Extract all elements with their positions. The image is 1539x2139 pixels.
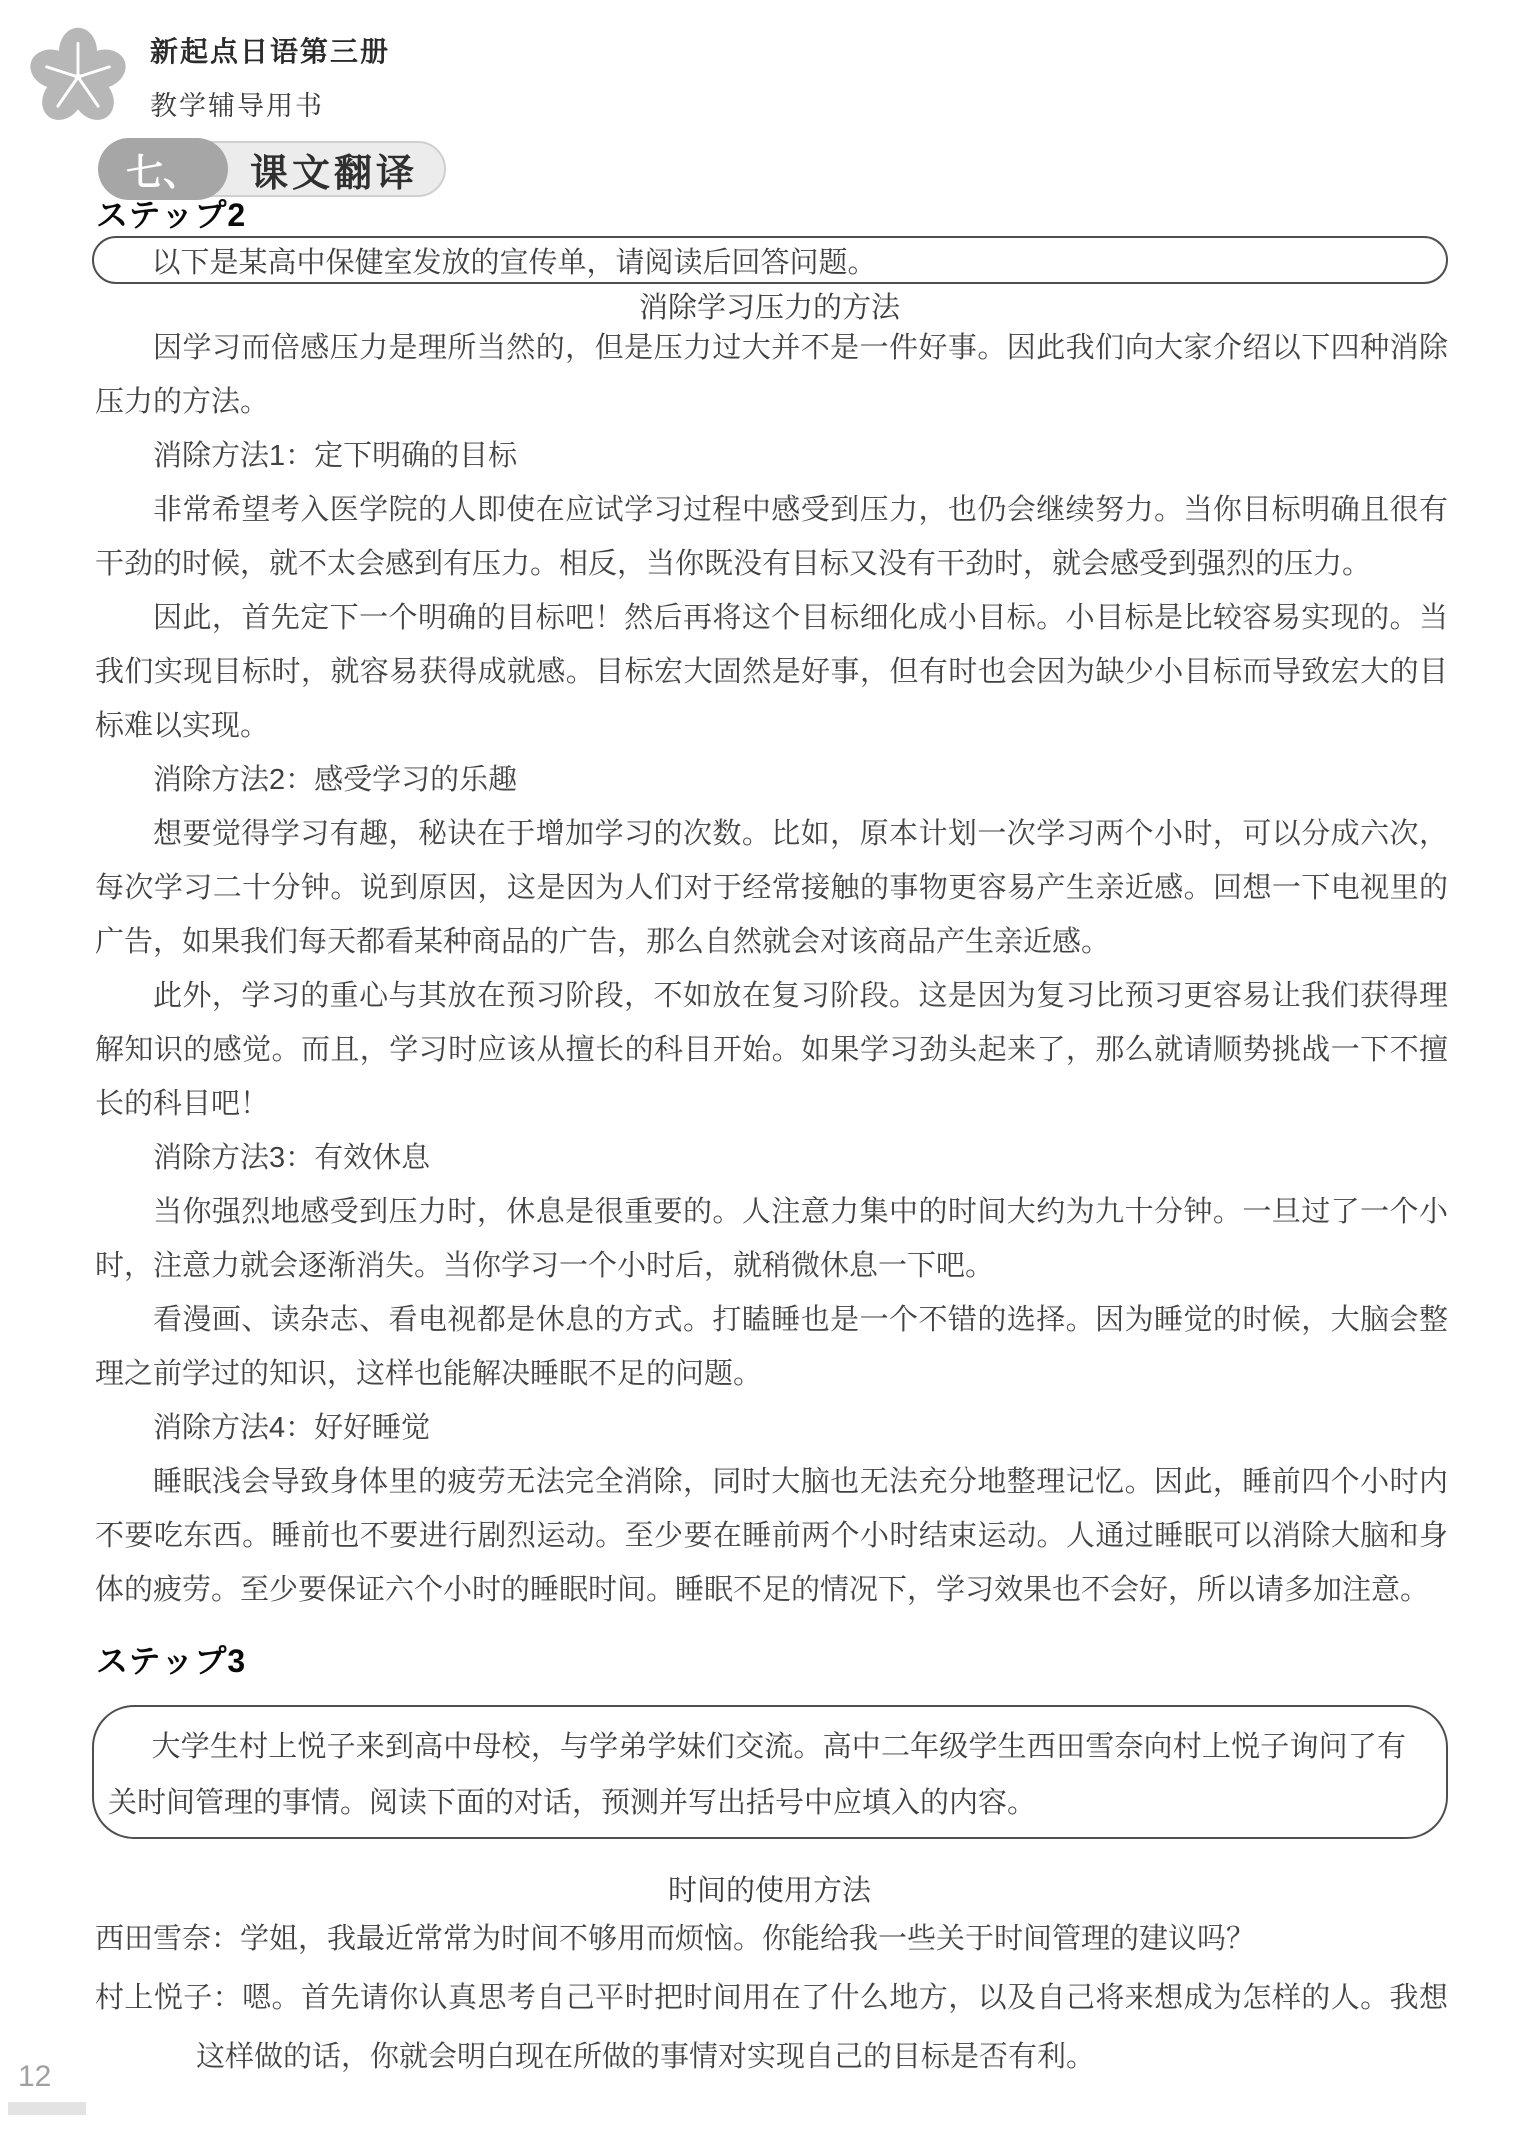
flower-logo-icon (22, 20, 134, 134)
book-header-text: 新起点日语第三册 教学辅导用书 (150, 20, 390, 123)
article-paragraph: 非常希望考入医学院的人即使在应试学习过程中感受到压力，也仍会继续努力。当你目标明… (95, 483, 1448, 591)
speaker-name: 西田雪奈： (95, 1923, 240, 1955)
article-paragraph: 消除方法1：定下明确的目标 (95, 429, 1448, 483)
article-paragraph: 消除方法2：感受学习的乐趣 (95, 753, 1448, 807)
speech-text: 嗯。首先请你认真思考自己平时把时间用在了什么地方，以及自己将来想成为怎样的人。我… (196, 1982, 1448, 2073)
article-paragraph: 睡眠浅会导致身体里的疲劳无法完全消除，同时大脑也无法充分地整理记忆。因此，睡前四… (95, 1455, 1448, 1617)
step2-instruction-text: 以下是某高中保健室发放的宣传单，请阅读后回答问题。 (94, 240, 907, 281)
book-title: 新起点日语第三册 (150, 30, 390, 70)
article-paragraph: 消除方法3：有效休息 (95, 1131, 1448, 1185)
article-paragraph: 看漫画、读杂志、看电视都是休息的方式。打瞌睡也是一个不错的选择。因为睡觉的时候，… (95, 1293, 1448, 1401)
article1-body: 因学习而倍感压力是理所当然的，但是压力过大并不是一件好事。因此我们向大家介绍以下… (95, 321, 1448, 1617)
dialogue: 西田雪奈：学姐，我最近常常为时间不够用而烦恼。你能给我一些关于时间管理的建议吗？… (95, 1910, 1448, 2087)
article-paragraph: 消除方法4：好好睡觉 (95, 1401, 1448, 1455)
article-paragraph: 想要觉得学习有趣，秘诀在于增加学习的次数。比如，原本计划一次学习两个小时，可以分… (95, 807, 1448, 969)
dialogue-line: 村上悦子：嗯。首先请你认真思考自己平时把时间用在了什么地方，以及自己将来想成为怎… (95, 1969, 1448, 2087)
step3-heading: ステップ3 (96, 1636, 246, 1682)
page-number: 12 (18, 2060, 51, 2094)
article1-title: 消除学习压力的方法 (93, 285, 1446, 326)
dialogue-line: 西田雪奈：学姐，我最近常常为时间不够用而烦恼。你能给我一些关于时间管理的建议吗？ (95, 1910, 1448, 1969)
article2-title: 时间的使用方法 (93, 1868, 1446, 1909)
article-paragraph: 因学习而倍感压力是理所当然的，但是压力过大并不是一件好事。因此我们向大家介绍以下… (95, 321, 1448, 429)
step2-instruction-box: 以下是某高中保健室发放的宣传单，请阅读后回答问题。 (92, 236, 1448, 284)
step3-instruction-text: 大学生村上悦子来到高中母校，与学弟学妹们交流。高中二年级学生西田雪奈向村上悦子询… (108, 1719, 1406, 1831)
book-subtitle: 教学辅导用书 (150, 84, 390, 123)
step3-instruction-box: 大学生村上悦子来到高中母校，与学弟学妹们交流。高中二年级学生西田雪奈向村上悦子询… (92, 1705, 1448, 1839)
speech-text: 学姐，我最近常常为时间不够用而烦恼。你能给我一些关于时间管理的建议吗？ (240, 1923, 1255, 1955)
page-number-bar (8, 2102, 86, 2115)
article-paragraph: 此外，学习的重心与其放在预习阶段，不如放在复习阶段。这是因为复习比预习更容易让我… (95, 969, 1448, 1131)
book-header: 新起点日语第三册 教学辅导用书 (22, 20, 390, 134)
speaker-name: 村上悦子： (95, 1982, 242, 2014)
step2-heading: ステップ2 (96, 190, 246, 236)
article-paragraph: 当你强烈地感受到压力时，休息是很重要的。人注意力集中的时间大约为九十分钟。一旦过… (95, 1185, 1448, 1293)
article-paragraph: 因此，首先定下一个明确的目标吧！然后再将这个目标细化成小目标。小目标是比较容易实… (95, 591, 1448, 753)
